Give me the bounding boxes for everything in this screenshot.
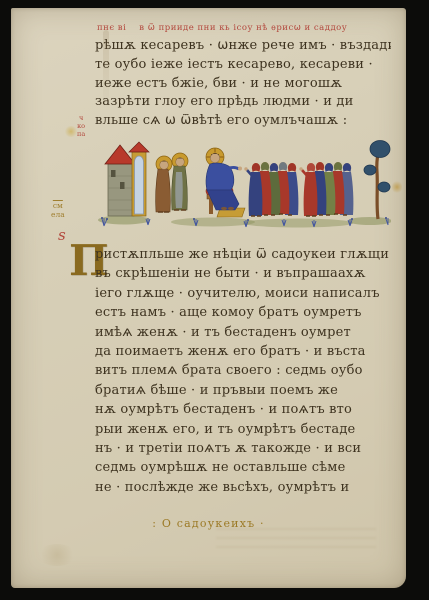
text-line: іего глѫще · оучителю, моиси написалъ (95, 284, 393, 303)
text-line: имѣѧ женѫ · и тъ бестаденъ оумрет (95, 323, 393, 342)
christ-figure (206, 148, 245, 217)
text-line: въ скрѣшеніи не быти · и въпрашаахѫ (95, 264, 393, 283)
flowering-ground (98, 216, 391, 228)
text-line: рѣшѫ кесаревъ · ѡнже рече имъ · въздади (95, 37, 391, 56)
sadducees-group-2 (299, 162, 353, 216)
miniature-illustration (98, 138, 391, 233)
text-line: витъ племѧ брата своего : седмь оубо (95, 361, 393, 380)
apostle-figures (156, 153, 188, 212)
temple-building (105, 142, 149, 216)
text-line: братиѧ бѣше · и пръвыи поемъ же (95, 381, 393, 400)
parchment-page: пнє ві в ѿ прииде пни кь ісоу нѣ ѳрисѡ и… (11, 8, 406, 588)
text-line: рыи женѫ его, и тъ оумрѣтъ бестаде (95, 420, 393, 439)
text-line: нѫ оумрѣтъ бестаденъ · и поѧтъ вто (95, 400, 393, 419)
text-line: естъ намъ · аще комоу братъ оумретъ (95, 303, 393, 322)
margin-note-gold: см ела (51, 202, 65, 219)
margin-initial-mark: ѕ (58, 226, 66, 244)
margin-note-line: ч (77, 114, 85, 122)
manuscript-scan: { "page": { "kind": "illuminated gospel … (0, 0, 429, 600)
margin-note-line: па (77, 130, 85, 138)
upper-text-block: рѣшѫ кесаревъ · ѡнже рече имъ · въздади … (95, 37, 391, 131)
text-line: седмь оумрѣшѫ не оставльше сѣме (95, 458, 393, 477)
rubric-title: в ѿ прииде пни кь ісоу нѣ ѳрисѡ и саддоу (139, 23, 347, 33)
text-line: да поимаетъ женѫ его братъ · и въста (95, 342, 393, 361)
text-line: нъ · и третіи поѧтъ ѫ такожде · и вси (95, 439, 393, 458)
tree (364, 141, 390, 220)
ink-bleedthrough (216, 522, 376, 548)
text-line: те оубо іеже іестъ кесарево, кесареви · (95, 56, 391, 75)
rubric-header: пнє ві в ѿ прииде пни кь ісоу нѣ ѳрисѡ и… (97, 23, 347, 33)
text-line: зазрѣти глоу его прѣдь людми · и ди (95, 93, 391, 112)
main-text-block: ристѫпльше же нѣціи ѿ садоукеи глѫщи въ … (95, 245, 393, 497)
text-line: вльше сѧ ѡ ѿвѣтѣ его оумлъчашѫ : (95, 112, 391, 131)
rubric-day-note: пнє ві (97, 23, 126, 33)
margin-note-line: ко (77, 122, 85, 130)
parchment-stain (64, 126, 78, 137)
text-line: не · послѣжде же вьсѣхъ, оумрѣтъ и (95, 478, 393, 497)
parchment-stain (392, 180, 402, 194)
sadducees-group-1 (244, 162, 298, 216)
text-line: ристѫпльше же нѣціи ѿ садоукеи глѫщи (95, 245, 393, 264)
text-line: иеже естъ бжіе, бви · и не могошѫ (95, 75, 391, 94)
margin-note-red: ч ко па (77, 114, 85, 138)
parchment-stain (37, 544, 77, 566)
margin-note-line: ела (51, 211, 65, 220)
